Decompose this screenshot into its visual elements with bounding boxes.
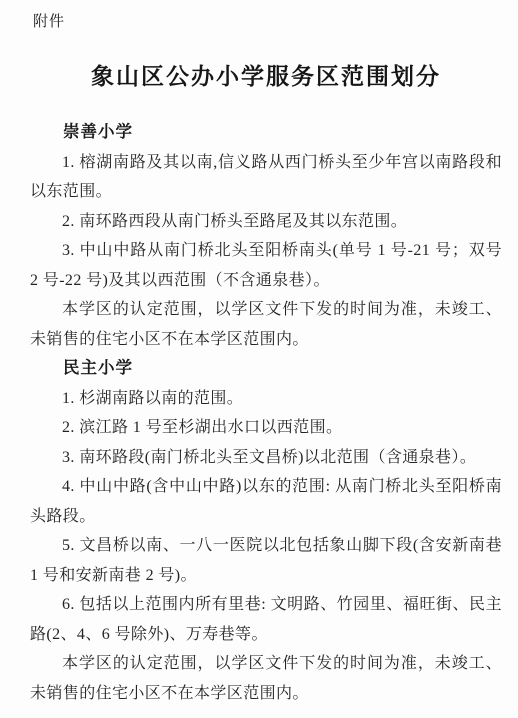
clause: 3. 南环路段(南门桥北头至文昌桥)以北范围（含通泉巷）。 [30, 443, 502, 473]
clause: 4. 中山中路(含中山中路)以东的范围: 从南门桥北头至阳桥南头路段。 [30, 472, 502, 531]
clause: 本学区的认定范围，以学区文件下发的时间为准，未竣工、未销售的住宅小区不在本学区范… [30, 649, 502, 708]
clause: 6. 包括以上范围内所有里巷: 文明路、竹园里、福旺街、民主路(2、4、6 号除… [30, 590, 502, 649]
clause: 2. 南环路西段从南门桥头至路尾及其以东范围。 [30, 207, 502, 237]
clause: 2. 滨江路 1 号至杉湖出水口以西范围。 [30, 413, 502, 443]
document-page: 附件 象山区公办小学服务区范围划分 崇善小学 1. 榕湖南路及其以南,信义路从西… [0, 0, 518, 718]
school-section-chongshan: 崇善小学 1. 榕湖南路及其以南,信义路从西门桥头至少年宫以南路段和以东范围。 … [30, 118, 502, 354]
clause: 3. 中山中路从南门桥北头至阳桥南头(单号 1 号-21 号；双号 2 号-22… [30, 236, 502, 295]
clause: 1. 杉湖南路以南的范围。 [30, 384, 502, 414]
school-name-chongshan: 崇善小学 [30, 118, 502, 148]
page-title: 象山区公办小学服务区范围划分 [30, 63, 502, 90]
attachment-label: 附件 [33, 12, 502, 32]
school-section-minzhu: 民主小学 1. 杉湖南路以南的范围。 2. 滨江路 1 号至杉湖出水口以西范围。… [30, 354, 502, 708]
document-body: 崇善小学 1. 榕湖南路及其以南,信义路从西门桥头至少年宫以南路段和以东范围。 … [30, 118, 502, 708]
clause: 1. 榕湖南路及其以南,信义路从西门桥头至少年宫以南路段和以东范围。 [30, 148, 502, 207]
clause: 本学区的认定范围，以学区文件下发的时间为准，未竣工、未销售的住宅小区不在本学区范… [30, 295, 502, 354]
clause: 5. 文昌桥以南、一八一医院以北包括象山脚下段(含安新南巷 1 号和安新南巷 2… [30, 531, 502, 590]
school-name-minzhu: 民主小学 [30, 354, 502, 384]
